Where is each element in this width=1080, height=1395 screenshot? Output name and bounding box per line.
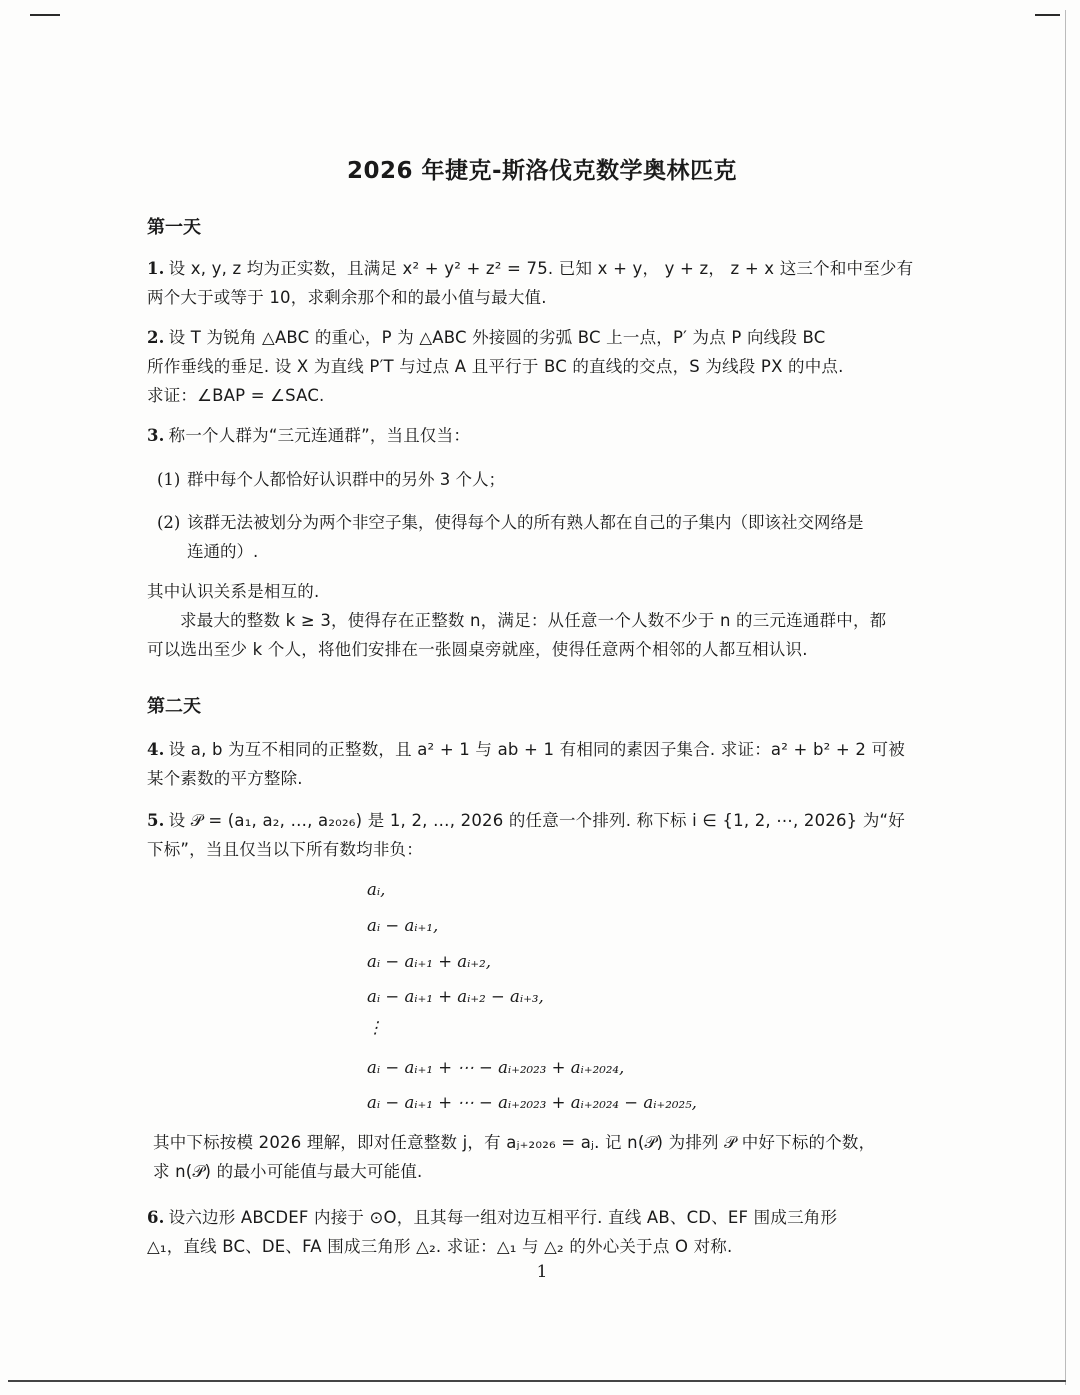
problem-text-line: 可以选出至少 k 个人，将他们安排在一张圆桌旁就座，使得任意两个相邻的人都互相认… xyxy=(147,635,937,664)
day2-heading: 第二天 xyxy=(147,692,201,718)
problem-text-line: 设 T 为锐角 △ABC 的重心，P 为 △ABC 外接圆的劣弧 BC 上一点，… xyxy=(169,328,826,347)
formula-vdots: ⋮ xyxy=(367,1018,384,1037)
problem-text-line: 设 𝒫 = (a₁, a₂, …, a₂₀₂₆) 是 1, 2, …, 2026… xyxy=(169,811,905,830)
problem-text-line: 所作垂线的垂足. 设 X 为直线 P′T 与过点 A 且平行于 BC 的直线的交… xyxy=(147,352,937,381)
problem-5: 5.设 𝒫 = (a₁, a₂, …, a₂₀₂₆) 是 1, 2, …, 20… xyxy=(147,806,937,864)
problem-text-line: 设 x, y, z 均为正实数，且满足 x² + y² + z² = 75. 已… xyxy=(169,259,914,278)
formula-line: aᵢ − aᵢ₊₁ + aᵢ₊₂ − aᵢ₊₃, xyxy=(367,987,544,1006)
problem-4: 4.设 a, b 为互不相同的正整数，且 a² + 1 与 ab + 1 有相同… xyxy=(147,735,937,793)
problem-text-line: 求最大的整数 k ≥ 3，使得存在正整数 n，满足：从任意一个人数不少于 n 的… xyxy=(147,606,937,635)
condition-text-continued: 连通的）. xyxy=(157,537,937,566)
formula-line: aᵢ − aᵢ₊₁, xyxy=(367,916,438,935)
scan-mark-top-left xyxy=(30,14,60,16)
scan-mark-top-right xyxy=(1035,14,1060,16)
problem-3-condition-1: (1)群中每个人都恰好认识群中的另外 3 个人； xyxy=(157,465,937,494)
problem-number: 6. xyxy=(147,1208,165,1227)
problem-3-intro: 3.称一个人群为“三元连通群”，当且仅当： xyxy=(147,421,937,450)
formula-line: aᵢ, xyxy=(367,880,385,899)
problem-text-line: 求证：∠BAP = ∠SAC. xyxy=(147,381,937,410)
problem-6: 6.设六边形 ABCDEF 内接于 ⊙O，且其每一组对边互相平行. 直线 AB、… xyxy=(147,1203,937,1261)
condition-text: 该群无法被划分为两个非空子集，使得每个人的所有熟人都在自己的子集内（即该社交网络… xyxy=(187,513,864,532)
problem-text-line: 求 n(𝒫) 的最小可能值与最大可能值. xyxy=(153,1157,943,1186)
problem-text-line: 其中下标按模 2026 理解，即对任意整数 j，有 aⱼ₊₂₀₂₆ = aⱼ. … xyxy=(153,1128,943,1157)
problem-number: 3. xyxy=(147,426,165,445)
scan-edge-bottom xyxy=(8,1380,1066,1382)
problem-1: 1.设 x, y, z 均为正实数，且满足 x² + y² + z² = 75.… xyxy=(147,254,937,312)
condition-text: 群中每个人都恰好认识群中的另外 3 个人； xyxy=(187,470,505,489)
problem-text-line: 设 a, b 为互不相同的正整数，且 a² + 1 与 ab + 1 有相同的素… xyxy=(169,740,905,759)
formula-line: aᵢ − aᵢ₊₁ + ⋯ − aᵢ₊₂₀₂₃ + aᵢ₊₂₀₂₄, xyxy=(367,1058,624,1077)
problem-text-line: 下标”，当且仅当以下所有数均非负： xyxy=(147,835,937,864)
document-title: 2026 年捷克-斯洛伐克数学奥林匹克 xyxy=(147,152,937,185)
problem-number: 4. xyxy=(147,740,165,759)
problem-3-condition-2: (2)该群无法被划分为两个非空子集，使得每个人的所有熟人都在自己的子集内（即该社… xyxy=(157,508,937,566)
condition-label: (1) xyxy=(157,465,187,494)
problem-3-question: 求最大的整数 k ≥ 3，使得存在正整数 n，满足：从任意一个人数不少于 n 的… xyxy=(147,606,937,664)
formula-line: aᵢ − aᵢ₊₁ + ⋯ − aᵢ₊₂₀₂₃ + aᵢ₊₂₀₂₄ − aᵢ₊₂… xyxy=(367,1093,697,1112)
scan-edge-right xyxy=(1065,10,1066,1385)
condition-label: (2) xyxy=(157,508,187,537)
problem-text-line: 某个素数的平方整除. xyxy=(147,764,937,793)
problem-text-line: 两个大于或等于 10，求剩余那个和的最小值与最大值. xyxy=(147,283,937,312)
problem-text-line: 称一个人群为“三元连通群”，当且仅当： xyxy=(169,426,470,445)
problem-text-line: △₁，直线 BC、DE、FA 围成三角形 △₂. 求证：△₁ 与 △₂ 的外心关… xyxy=(147,1232,937,1261)
problem-number: 5. xyxy=(147,811,165,830)
day1-heading: 第一天 xyxy=(147,213,201,239)
problem-number: 2. xyxy=(147,328,165,347)
problem-3-note: 其中认识关系是相互的. xyxy=(147,577,937,606)
formula-line: aᵢ − aᵢ₊₁ + aᵢ₊₂, xyxy=(367,952,491,971)
problem-2: 2.设 T 为锐角 △ABC 的重心，P 为 △ABC 外接圆的劣弧 BC 上一… xyxy=(147,323,937,410)
problem-5-continuation: 其中下标按模 2026 理解，即对任意整数 j，有 aⱼ₊₂₀₂₆ = aⱼ. … xyxy=(153,1128,943,1186)
problem-text-line: 设六边形 ABCDEF 内接于 ⊙O，且其每一组对边互相平行. 直线 AB、CD… xyxy=(169,1208,838,1227)
page-number: 1 xyxy=(147,1262,937,1282)
problem-number: 1. xyxy=(147,259,165,278)
